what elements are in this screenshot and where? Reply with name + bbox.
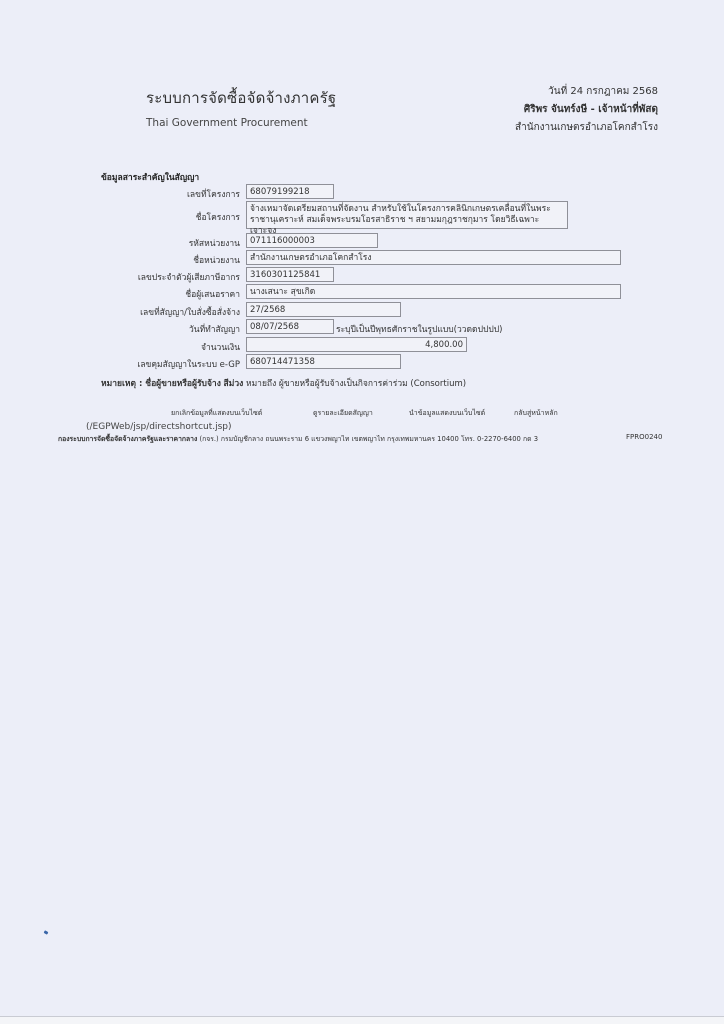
user-name: ศิริพร จันทร์งษี - เจ้าหน้าที่พัสดุ bbox=[515, 101, 658, 119]
egp-control-no-field[interactable]: 680714471358 bbox=[246, 354, 401, 369]
contract-no-field[interactable]: 27/2568 bbox=[246, 302, 401, 317]
project-no-field[interactable]: 68079199218 bbox=[246, 184, 334, 199]
office-name: สำนักงานเกษตรอำเภอโคกสำโรง bbox=[515, 119, 658, 137]
agency-code-field[interactable]: 071116000003 bbox=[246, 233, 378, 248]
row-agency-code: รหัสหน่วยงาน bbox=[0, 234, 240, 248]
section-title: ข้อมูลสาระสำคัญในสัญญา bbox=[101, 170, 199, 184]
label-tax-id: เลขประจำตัวผู้เสียภาษีอากร bbox=[40, 270, 240, 284]
row-contract-date: วันที่ทำสัญญา bbox=[0, 320, 240, 334]
cancel-publish-link[interactable]: ยกเลิกข้อมูลที่แสดงบนเว็บไซต์ bbox=[171, 408, 262, 419]
back-home-link[interactable]: กลับสู่หน้าหลัก bbox=[514, 408, 558, 419]
page-bottom-edge bbox=[0, 1016, 724, 1024]
publish-link[interactable]: นำข้อมูลแสดงบนเว็บไซต์ bbox=[409, 408, 485, 419]
footer-org: กองระบบการจัดซื้อจัดจ้างภาครัฐและราคากลา… bbox=[58, 435, 197, 443]
system-name-en: Thai Government Procurement bbox=[146, 117, 308, 129]
row-project-no: เลขที่โครงการ bbox=[0, 185, 240, 199]
form-code: FPRO0240 bbox=[626, 433, 662, 441]
row-contract-no: เลขที่สัญญา/ใบสั่งซื้อสั่งจ้าง bbox=[0, 303, 240, 317]
consortium-note: หมายเหตุ : ชื่อผู้ขายหรือผู้รับจ้าง สีม่… bbox=[101, 376, 466, 390]
note-prefix: หมายเหตุ : ชื่อผู้ขายหรือผู้รับจ้าง bbox=[101, 379, 221, 389]
tax-id-field[interactable]: 3160301125841 bbox=[246, 267, 334, 282]
label-contract-date: วันที่ทำสัญญา bbox=[40, 322, 240, 336]
row-amount: จำนวนเงิน bbox=[0, 338, 240, 352]
row-agency-name: ชื่อหน่วยงาน bbox=[0, 251, 240, 265]
print-date: วันที่ 24 กรกฎาคม 2568 bbox=[515, 83, 658, 101]
system-name-th: ระบบการจัดซื้อจัดจ้างภาครัฐ bbox=[146, 86, 336, 110]
agency-name-field[interactable]: สำนักงานเกษตรอำเภอโคกสำโรง bbox=[246, 250, 621, 265]
header-info: วันที่ 24 กรกฎาคม 2568 ศิริพร จันทร์งษี … bbox=[515, 83, 658, 137]
label-project-name: ชื่อโครงการ bbox=[40, 210, 240, 224]
label-agency-code: รหัสหน่วยงาน bbox=[40, 236, 240, 250]
view-contract-link[interactable]: ดูรายละเอียดสัญญา bbox=[313, 408, 373, 419]
label-egp-control-no: เลขคุมสัญญาในระบบ e-GP bbox=[40, 357, 240, 371]
label-contract-no: เลขที่สัญญา/ใบสั่งซื้อสั่งจ้าง bbox=[40, 305, 240, 319]
amount-field[interactable]: 4,800.00 bbox=[246, 337, 467, 352]
row-bidder-name: ชื่อผู้เสนอราคา bbox=[0, 285, 240, 299]
note-highlight: สีม่วง bbox=[224, 379, 244, 389]
date-format-hint: ระบุปีเป็นปีพุทธศักราชในรูปแบบ(ววดดปปปป) bbox=[336, 322, 502, 336]
label-project-no: เลขที่โครงการ bbox=[40, 187, 240, 201]
footer-address-text: (กจร.) กรมบัญชีกลาง ถนนพระราม 6 แขวงพญาไ… bbox=[197, 435, 538, 443]
row-egp-control-no: เลขคุมสัญญาในระบบ e-GP bbox=[0, 355, 240, 369]
project-name-field[interactable]: จ้างเหมาจัดเตรียมสถานที่จัดงาน สำหรับใช้… bbox=[246, 201, 568, 229]
scanned-page: ระบบการจัดซื้อจัดจ้างภาครัฐ Thai Governm… bbox=[0, 0, 724, 1016]
footer-address: กองระบบการจัดซื้อจัดจ้างภาครัฐและราคากลา… bbox=[58, 433, 538, 444]
note-suffix: หมายถึง ผู้ขายหรือผู้รับจ้างเป็นกิจการค่… bbox=[246, 379, 466, 389]
label-agency-name: ชื่อหน่วยงาน bbox=[40, 253, 240, 267]
row-project-name: ชื่อโครงการ bbox=[0, 208, 240, 222]
bidder-name-field[interactable]: นางเสนาะ สุขเกิด bbox=[246, 284, 621, 299]
page-url: (/EGPWeb/jsp/directshortcut.jsp) bbox=[86, 422, 232, 432]
contract-date-field[interactable]: 08/07/2568 bbox=[246, 319, 334, 334]
label-amount: จำนวนเงิน bbox=[40, 340, 240, 354]
label-bidder-name: ชื่อผู้เสนอราคา bbox=[40, 287, 240, 301]
scan-speck bbox=[44, 930, 49, 935]
row-tax-id: เลขประจำตัวผู้เสียภาษีอากร bbox=[0, 268, 240, 282]
